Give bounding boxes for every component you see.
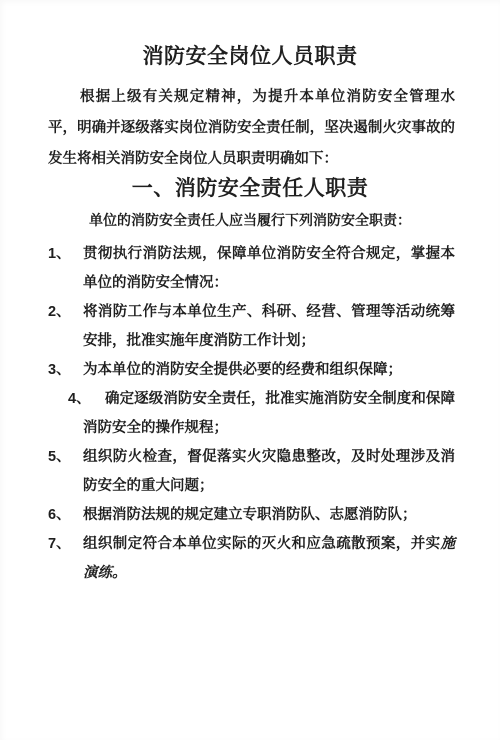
item-text: 组织制定符合本单位实际的灭火和应急疏散预案，并实 [83, 536, 441, 552]
duty-item-1: 1、 贯彻执行消防法规，保障单位消防安全符合规定，掌握本单位的消防安全情况： [48, 240, 455, 298]
duty-item-4: 4、 确定逐级消防安全责任，批准实施消防安全制度和保障消防安全的操作规程； [48, 385, 455, 443]
duty-item-6: 6、 根据消防法规的规定建立专职消防队、志愿消防队； [48, 501, 455, 530]
item-text: 贯彻执行消防法规，保障单位消防安全符合规定，掌握本单位的消防安全情况： [83, 246, 455, 291]
item-text: 根据消防法规的规定建立专职消防队、志愿消防队； [83, 507, 417, 523]
document-page: 消防安全岗位人员职责 根据上级有关规定精神，为提升本单位消防安全管理水平，明确并… [0, 0, 500, 740]
item-number: 7、 [48, 530, 71, 559]
duty-item-3: 3、 为本单位的消防安全提供必要的经费和组织保障； [48, 356, 455, 385]
item-text: 为本单位的消防安全提供必要的经费和组织保障； [83, 362, 402, 378]
item-number: 2、 [48, 298, 71, 327]
item-number: 5、 [48, 443, 71, 472]
item-text: 组织防火检查，督促落实火灾隐患整改，及时处理涉及消防安全的重大问题； [83, 449, 455, 494]
intro-paragraph: 根据上级有关规定精神，为提升本单位消防安全管理水平，明确并逐级落实岗位消防安全责… [48, 82, 455, 175]
duty-item-5: 5、 组织防火检查，督促落实火灾隐患整改，及时处理涉及消防安全的重大问题； [48, 443, 455, 501]
item-number: 4、 [68, 385, 91, 414]
document-title: 消防安全岗位人员职责 [0, 0, 500, 70]
item-number: 3、 [48, 356, 71, 385]
duty-item-7: 7、 组织制定符合本单位实际的灭火和应急疏散预案，并实施演练。 [48, 530, 455, 588]
item-text: 确定逐级消防安全责任，批准实施消防安全制度和保障消防安全的操作规程； [83, 391, 455, 436]
duty-list: 1、 贯彻执行消防法规，保障单位消防安全符合规定，掌握本单位的消防安全情况： 2… [48, 240, 455, 588]
section-lead: 单位的消防安全责任人应当履行下列消防安全职责： [0, 210, 500, 230]
item-number: 6、 [48, 501, 71, 530]
duty-item-2: 2、 将消防工作与本单位生产、科研、经营、管理等活动统筹安排，批准实施年度消防工… [48, 298, 455, 356]
section-heading: 一、消防安全责任人职责 [0, 175, 500, 202]
item-number: 1、 [48, 240, 71, 269]
item-text: 将消防工作与本单位生产、科研、经营、管理等活动统筹安排，批准实施年度消防工作计划… [83, 304, 455, 349]
